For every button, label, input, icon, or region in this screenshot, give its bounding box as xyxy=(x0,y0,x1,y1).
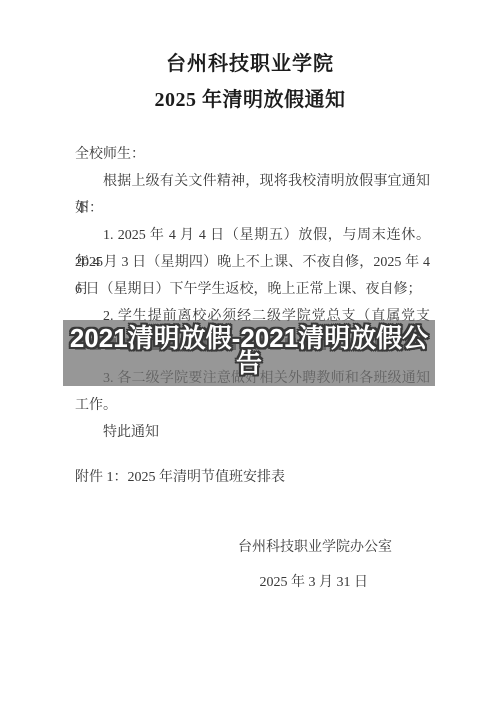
doc-line: 2025 年 3 月 31 日 xyxy=(75,569,430,596)
watermark-text-line2: 告 xyxy=(63,351,435,376)
doc-line: 根据上级有关文件精神，现将我校清明放假事宜通知如 xyxy=(75,168,430,195)
doc-line: 全校师生： xyxy=(75,141,430,168)
document-page: 台州科技职业学院 2025 年清明放假通知 全校师生：根据上级有关文件精神，现将… xyxy=(0,0,500,707)
doc-line: 工作。 xyxy=(75,392,430,419)
doc-line: 1. 2025 年 4 月 4 日（星期五）放假，与周末连休。2025 xyxy=(75,222,430,249)
doc-line: 6 日（星期日）下午学生返校，晚上正常上课、夜自修； xyxy=(75,276,430,303)
document-header: 台州科技职业学院 2025 年清明放假通知 xyxy=(0,50,500,114)
document-subtitle: 2025 年清明放假通知 xyxy=(0,86,500,114)
doc-line: 下： xyxy=(75,195,430,222)
doc-line: 年 4 月 3 日（星期四）晚上不上课、不夜自修，2025 年 4 月 xyxy=(75,249,430,276)
document-title: 台州科技职业学院 xyxy=(0,50,500,78)
doc-line: 附件 1：2025 年清明节值班安排表 xyxy=(75,464,430,491)
doc-line: 特此通知 xyxy=(75,419,430,446)
watermark-banner: 2021清明放假-2021清明放假公 告 xyxy=(63,320,435,386)
doc-line: 台州科技职业学院办公室 xyxy=(75,534,430,561)
